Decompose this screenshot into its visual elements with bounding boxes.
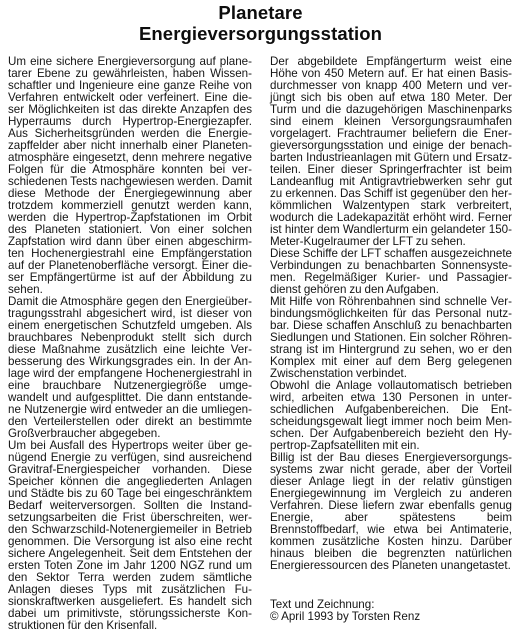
left-column: Um eine sichere Energieversorgung auf pl… bbox=[8, 56, 252, 631]
paragraph-schutzfeld: Damit die Atmosphäre gegen den Energieüb… bbox=[8, 296, 252, 440]
paragraph-empfaengerturm: Der abgebildete Empfängerturm weist eine… bbox=[270, 56, 512, 248]
title-line-1: Planetare bbox=[0, 2, 521, 23]
paragraph-energiespeicher: Um bei Ausfall des Hypertrops weiter übe… bbox=[8, 440, 252, 631]
copyright-line: © April 1993 by Torsten Renz bbox=[270, 611, 420, 623]
paragraph-lft-schiffe: Diese Schiffe der LFT schaffen ausgezeic… bbox=[270, 248, 512, 296]
paragraph-intro: Um eine sichere Energieversorgung auf pl… bbox=[8, 56, 252, 296]
title-line-2: Energieversorgungsstation bbox=[0, 23, 521, 44]
paragraph-kosten: Billig ist der Bau dieses Energieversorg… bbox=[270, 452, 512, 572]
credits: Text und Zeichnung: © April 1993 by Tors… bbox=[270, 599, 420, 623]
right-column: Der abgebildete Empfängerturm weist eine… bbox=[270, 56, 512, 572]
paragraph-personal: Obwohl die Anlage vollautomatisch betrie… bbox=[270, 380, 512, 452]
paragraph-roehrenbahnen: Mit Hilfe von Röhrenbahnen sind schnelle… bbox=[270, 296, 512, 380]
article-title: Planetare Energieversorgungsstation bbox=[0, 2, 521, 44]
